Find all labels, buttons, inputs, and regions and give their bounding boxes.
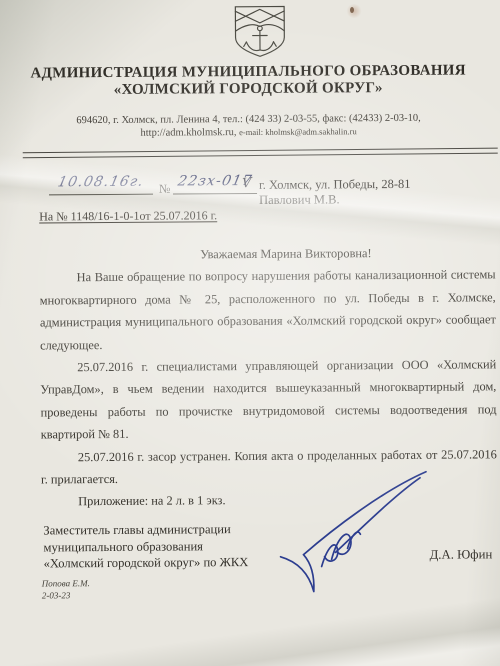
- coat-of-arms-icon: [232, 4, 288, 65]
- outgoing-date-field: 10.08.16г.: [49, 173, 153, 196]
- signer-position-line3: «Холмский городской округ» по ЖКХ: [44, 554, 249, 572]
- organization-title-line2: «ХОЛМСКИЙ ГОРОДСКОЙ ОКРУГ»: [0, 79, 498, 99]
- executor-phone: 2-03-23: [42, 590, 90, 602]
- paragraph-2: 25.07.2016 г. специалистами управляющей …: [40, 353, 497, 446]
- letterhead-address: 694620, г. Холмск, пл. Ленина 4, тел.: (…: [0, 111, 499, 140]
- addressee-name: Павлович М.В.: [259, 192, 411, 208]
- signer-name: Д.А. Юфин: [430, 547, 493, 562]
- letterhead-divider: [23, 148, 498, 159]
- executor-block: Попова Е.М. 2-03-23: [42, 578, 90, 601]
- handwritten-date: 10.08.16г.: [56, 174, 145, 191]
- addressee-address: г. Холмск, ул. Победы, 28-81: [259, 177, 411, 193]
- executor-name: Попова Е.М.: [42, 578, 90, 590]
- signature-ink: [277, 467, 436, 613]
- letter-photo: АДМИНИСТРАЦИЯ МУНИЦИПАЛЬНОГО ОБРАЗОВАНИЯ…: [0, 0, 500, 666]
- number-sign-label: №: [159, 182, 171, 197]
- signer-position-line2: муниципального образования: [43, 538, 248, 556]
- addressee-block: г. Холмск, ул. Победы, 28-81 Павлович М.…: [259, 177, 411, 208]
- signer-position: Заместитель главы администрации муниципа…: [43, 521, 248, 572]
- organization-title-line1: АДМИНИСТРАЦИЯ МУНИЦИПАЛЬНОГО ОБРАЗОВАНИЯ: [0, 62, 498, 82]
- organization-title: АДМИНИСТРАЦИЯ МУНИЦИПАЛЬНОГО ОБРАЗОВАНИЯ…: [0, 62, 498, 99]
- letterhead-address-line2: http://adm.kholmsk.ru, e-mail: kholmsk@a…: [0, 124, 499, 140]
- paper-sheet: АДМИНИСТРАЦИЯ МУНИЦИПАЛЬНОГО ОБРАЗОВАНИЯ…: [0, 0, 500, 666]
- salutation: Уважаемая Марина Викторовна!: [39, 241, 495, 267]
- letterhead-website: http://adm.kholmsk.ru,: [140, 127, 236, 139]
- checkmark-icon: V: [242, 175, 252, 191]
- letterhead-email: e-mail: kholmsk@adm.sakhalin.ru: [239, 126, 357, 137]
- signer-position-line1: Заместитель главы администрации: [43, 521, 248, 539]
- reply-to-reference: На № 1148/16-1-0-1от 25.07.2016 г.: [39, 208, 217, 224]
- paragraph-1: На Ваше обращение по вопросу нарушения р…: [40, 264, 497, 357]
